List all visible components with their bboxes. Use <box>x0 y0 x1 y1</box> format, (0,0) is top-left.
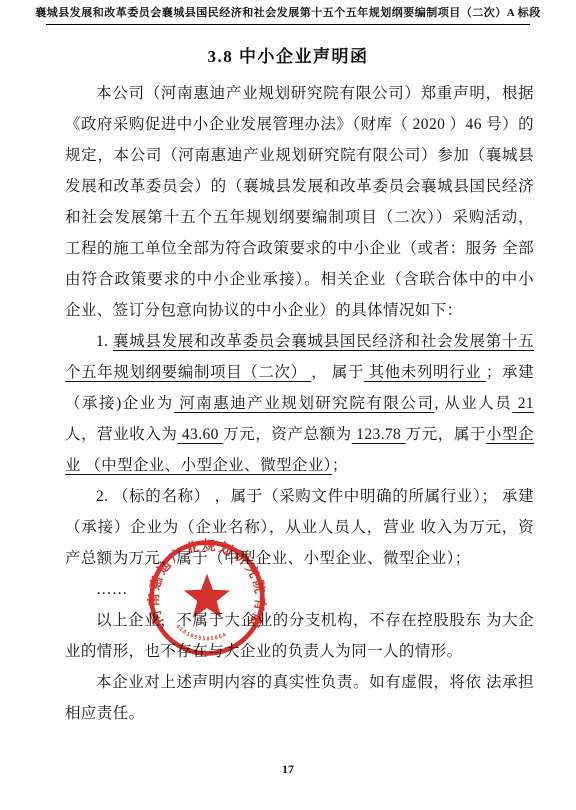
paragraph-no-subsidiary: 以上企业，不属于大企业的分支机构，不存在控股股东 为大企业的情形，也不存在与大企… <box>65 605 534 667</box>
field-total-assets: 123.78 <box>352 426 406 443</box>
item1-number: 1. <box>96 333 113 350</box>
item1-text: 万元，属于 <box>406 426 486 443</box>
item1-text: 人，营业收入为 <box>65 426 177 443</box>
paragraph-responsibility: 本企业对上述声明内容的真实性负责。如有虚假，将依 法承担相应责任。 <box>65 667 534 729</box>
page-header: 襄城县发展和改革委员会襄城县国民经济和社会发展第十五个五年规划纲要编制项目（二次… <box>0 0 576 25</box>
field-employee-count: 21 <box>512 395 534 412</box>
paragraph-item-2-template: 2. （标的名称） ，属于（采购文件中明确的所属行业）； 承建（承接）企业为（企… <box>65 481 534 574</box>
paragraph-declaration: 本公司（河南惠迪产业规划研究院有限公司）郑重声明，根据《政府采购促进中小企业发展… <box>65 78 534 326</box>
field-company-name: 河南惠迪产业规划研究院有限公司 <box>174 395 435 412</box>
item1-text: 万元，资产总额为 <box>223 426 352 443</box>
item1-text: ； <box>332 457 348 474</box>
section-title: 3.8 中小企业声明函 <box>0 42 576 67</box>
paragraph-ellipsis: …… <box>65 574 534 605</box>
item1-text: , 从业人员 <box>435 395 513 412</box>
header-project-title: 襄城县发展和改革委员会襄城县国民经济和社会发展第十五个五年规划纲要编制项目（二次… <box>0 7 576 20</box>
paragraph-item-1: 1. 襄城县发展和改革委员会襄城县国民经济和社会发展第十五个五年规划纲要编制项目… <box>65 326 534 481</box>
header-divider <box>46 24 530 25</box>
field-revenue: 43.60 <box>177 426 223 443</box>
item1-text: ， 属于 <box>311 364 364 381</box>
page-number: 17 <box>0 762 576 777</box>
field-industry: 其他未列明行业 <box>364 364 486 381</box>
document-page: 襄城县发展和改革委员会襄城县国民经济和社会发展第十五个五年规划纲要编制项目（二次… <box>0 0 576 810</box>
document-body: 本公司（河南惠迪产业规划研究院有限公司）郑重声明，根据《政府采购促进中小企业发展… <box>65 78 534 729</box>
